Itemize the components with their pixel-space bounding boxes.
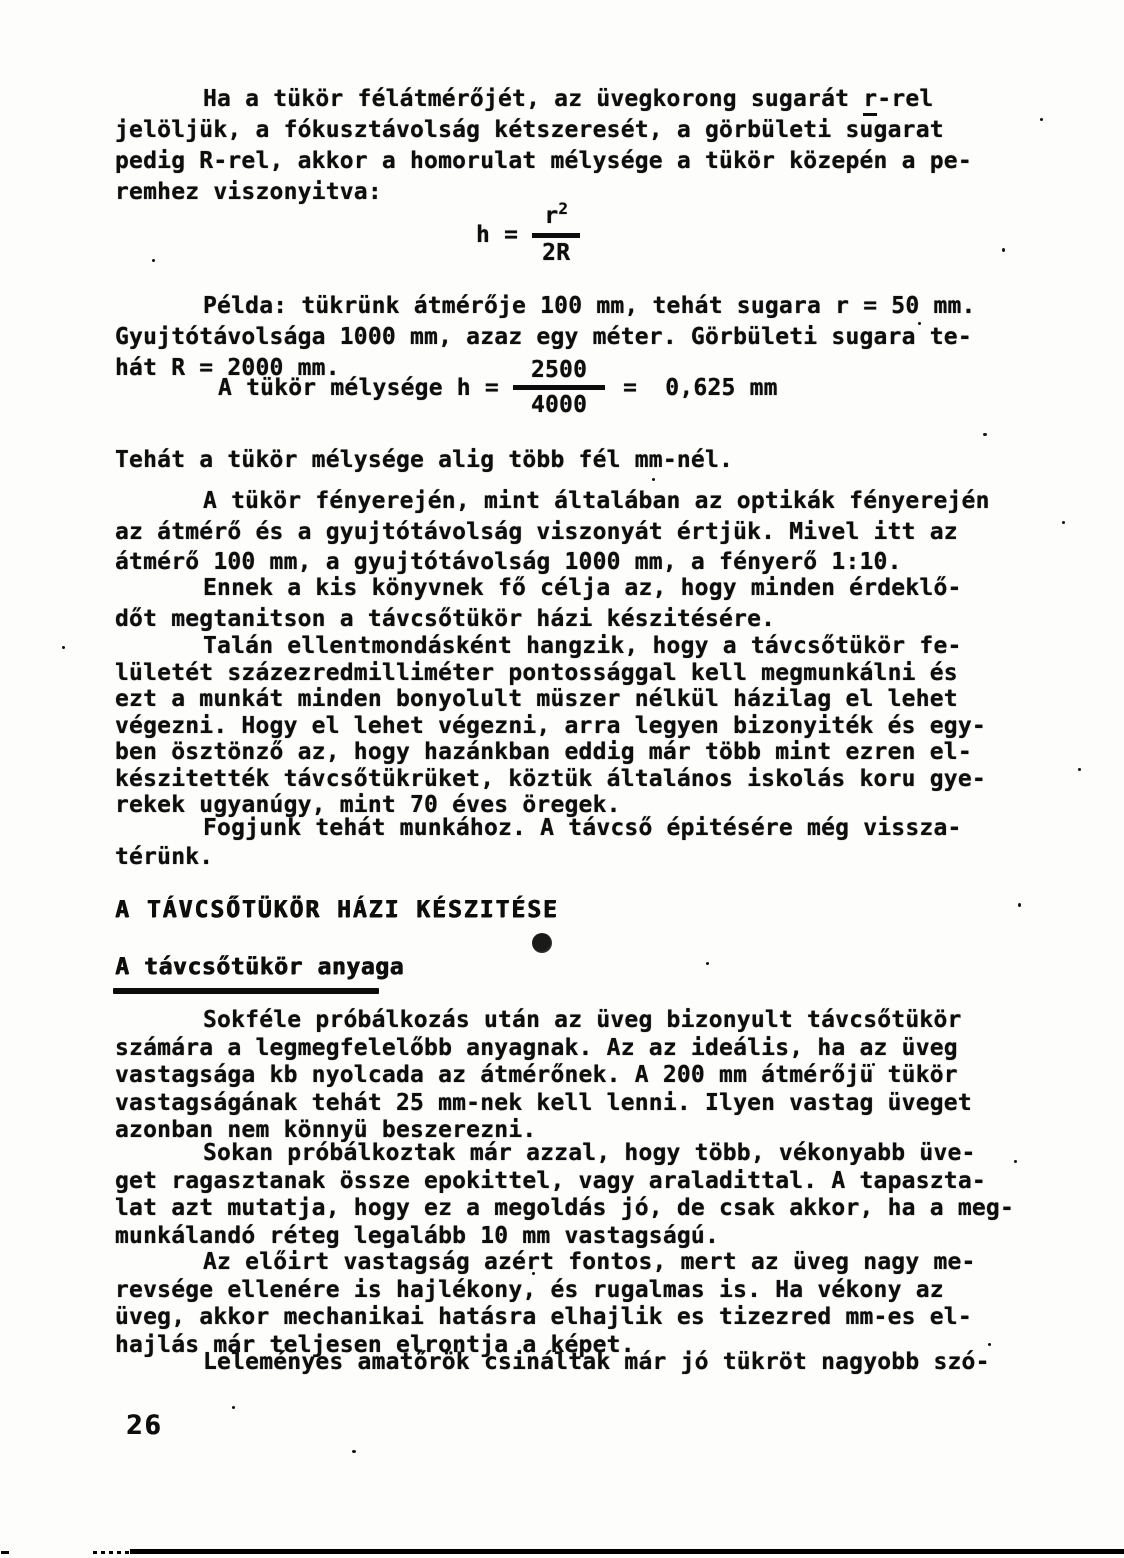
scan-speck [918, 322, 921, 325]
paragraph-light-ratio: A tükör fényerején, mint általában az op… [115, 486, 990, 578]
scan-speck [352, 1450, 356, 1453]
fraction-numerator: 2500 [513, 357, 605, 383]
text-line: A tükör fényerején, mint általában az op… [115, 486, 990, 517]
text-line: Ennek a kis könyvnek fő célja az, hogy m… [115, 573, 962, 604]
scan-speck [1078, 768, 1081, 771]
scan-speck [1014, 1160, 1017, 1163]
scan-speck [652, 478, 655, 481]
text-line: pedig R-rel, akkor a homorulat mélysége … [115, 146, 972, 177]
text-line: get ragasztanak össze epokittel, vagy ar… [115, 1168, 1014, 1196]
formula-label: A tükör mélysége h = [218, 375, 499, 401]
scan-speck [532, 1272, 535, 1275]
text-line: Tehát a tükör mélysége alig több fél mm-… [115, 445, 733, 476]
subsection-heading: A távcsőtükör anyaga [115, 954, 404, 980]
text-line: Talán ellentmondásként hangzik, hogy a t… [115, 633, 986, 660]
paragraph-lines: jelöljük, a fókusztávolság kétszeresét, … [115, 115, 972, 208]
bottom-rule [130, 1549, 1124, 1554]
text-line: jelöljük, a fókusztávolság kétszeresét, … [115, 115, 972, 146]
scan-speck [1002, 248, 1005, 252]
scan-speck [152, 259, 155, 262]
text-segment: Ha a tükör félátmérőjét, az üvegkorong s… [203, 86, 863, 112]
text-line: ezt a munkát minden bonyolult müszer nél… [115, 686, 986, 713]
formula-depth-example: A tükör mélysége h = 2500 4000 = 0,625 m… [218, 357, 778, 418]
text-line: Fogjunk tehát munkához. A távcső épitésé… [115, 814, 962, 843]
scan-speck [62, 646, 65, 649]
paragraph-lines: Ennek a kis könyvnek fő célja az, hogy m… [115, 573, 962, 634]
formula-lhs: h = [476, 222, 518, 248]
fraction-denominator: 4000 [513, 392, 605, 418]
paragraph-amateurs: Leleményes amatőrök csináltak már jó tük… [115, 1349, 990, 1377]
text-line: térünk. [115, 843, 962, 872]
fraction-bar [532, 233, 580, 238]
fraction-numerator: r2 [534, 203, 578, 231]
paragraph-precision: Talán ellentmondásként hangzik, hogy a t… [115, 633, 986, 819]
text-line: készitették távcsőtükrüket, köztük által… [115, 766, 986, 793]
paragraph-lines: Sokféle próbálkozás után az üveg bizonyu… [115, 1007, 972, 1145]
paragraph-conclusion-depth: Tehát a tükör mélysége alig több fél mm-… [115, 445, 733, 476]
exponent: 2 [558, 199, 568, 218]
scanned-document-page: Ha a tükör félátmérőjét, az üvegkorong s… [0, 0, 1124, 1558]
scan-speck [1040, 118, 1043, 121]
section-heading: A TÁVCSŐTÜKÖR HÁZI KÉSZITÉSE [115, 897, 559, 923]
paragraph-lines: Fogjunk tehát munkához. A távcső épitésé… [115, 814, 962, 872]
paragraph-lines: A tükör fényerején, mint általában az op… [115, 486, 990, 578]
text-line: ben ösztönző az, hogy hazánkban eddig má… [115, 739, 986, 766]
paragraph-book-goal: Ennek a kis könyvnek fő célja az, hogy m… [115, 573, 962, 634]
paragraph-lines: Leleményes amatőrök csináltak már jó tük… [115, 1349, 990, 1377]
text-line: Leleményes amatőrök csináltak már jó tük… [115, 1349, 990, 1377]
page-number: 26 [126, 1410, 163, 1441]
text-segment: -rel [877, 86, 933, 112]
text-line: Sokféle próbálkozás után az üveg bizonyu… [115, 1007, 972, 1035]
scan-speck [1018, 903, 1021, 907]
bottom-rule-dot [1, 1551, 9, 1554]
paragraph-glass-material: Sokféle próbálkozás után az üveg bizonyu… [115, 1007, 972, 1145]
scan-speck [988, 1343, 991, 1346]
fraction-denominator: 2R [532, 240, 580, 266]
text-line: Gyujtótávolsága 1000 mm, azaz egy méter.… [115, 322, 976, 353]
fraction: r2 2R [532, 203, 580, 266]
text-line: végezni. Hogy el lehet végezni, arra leg… [115, 713, 986, 740]
scan-speck [422, 300, 425, 303]
text-line: az átmérő és a gyujtótávolság viszonyát … [115, 517, 990, 548]
paragraph-lines: Talán ellentmondásként hangzik, hogy a t… [115, 633, 986, 819]
formula-mirror-depth: h = r2 2R [476, 203, 580, 266]
text-line: munkálandó réteg legalább 10 mm vastagsá… [115, 1223, 1014, 1251]
paragraph-glued-glass: Sokan próbálkoztak már azzal, hogy több,… [115, 1140, 1014, 1250]
ink-smudge [532, 933, 552, 953]
underlined-r-symbol: r [863, 86, 877, 116]
scan-speck [983, 433, 987, 436]
text-line: dőt megtanitson a távcsőtükör házi készi… [115, 604, 962, 635]
text-line: lületét százezredmilliméter pontossággal… [115, 660, 986, 687]
fraction-bar [513, 385, 605, 390]
text-line: Sokan próbálkoztak már azzal, hogy több,… [115, 1140, 1014, 1168]
text-line: vastagsága kb nyolcada az átmérőnek. A 2… [115, 1062, 972, 1090]
text-line: Az előirt vastagság azért fontos, mert a… [115, 1249, 976, 1277]
paragraph-lines: Az előirt vastagság azért fontos, mert a… [115, 1249, 976, 1359]
text-line: revsége ellenére is hajlékony, és rugalm… [115, 1277, 976, 1305]
scan-speck [872, 1063, 875, 1066]
scan-speck [1062, 521, 1065, 524]
paragraph-intro: Ha a tükör félátmérőjét, az üvegkorong s… [115, 84, 972, 208]
formula-result: = 0,625 mm [623, 375, 778, 401]
paragraph-thickness: Az előirt vastagság azért fontos, mert a… [115, 1249, 976, 1359]
text-line: üveg, akkor mechanikai hatásra elhajlik … [115, 1304, 976, 1332]
text-line: Példa: tükrünk átmérője 100 mm, tehát su… [115, 291, 976, 322]
text-line: lat azt mutatja, hogy ez a megoldás jó, … [115, 1195, 1014, 1223]
text-line: vastagságának tehát 25 mm-nek kell lenni… [115, 1090, 972, 1118]
fraction: 2500 4000 [513, 357, 605, 418]
paragraph-lines: Sokan próbálkoztak már azzal, hogy több,… [115, 1140, 1014, 1250]
text-line: Ha a tükör félátmérőjét, az üvegkorong s… [115, 84, 972, 115]
scan-speck [706, 962, 709, 965]
scan-speck [232, 1406, 235, 1409]
subsection-underline [113, 988, 379, 994]
text-line: számára a legmegfelelőbb anyagnak. Az az… [115, 1035, 972, 1063]
bottom-rule-dashes [93, 1551, 131, 1554]
paragraph-lets-work: Fogjunk tehát munkához. A távcső épitésé… [115, 814, 962, 872]
